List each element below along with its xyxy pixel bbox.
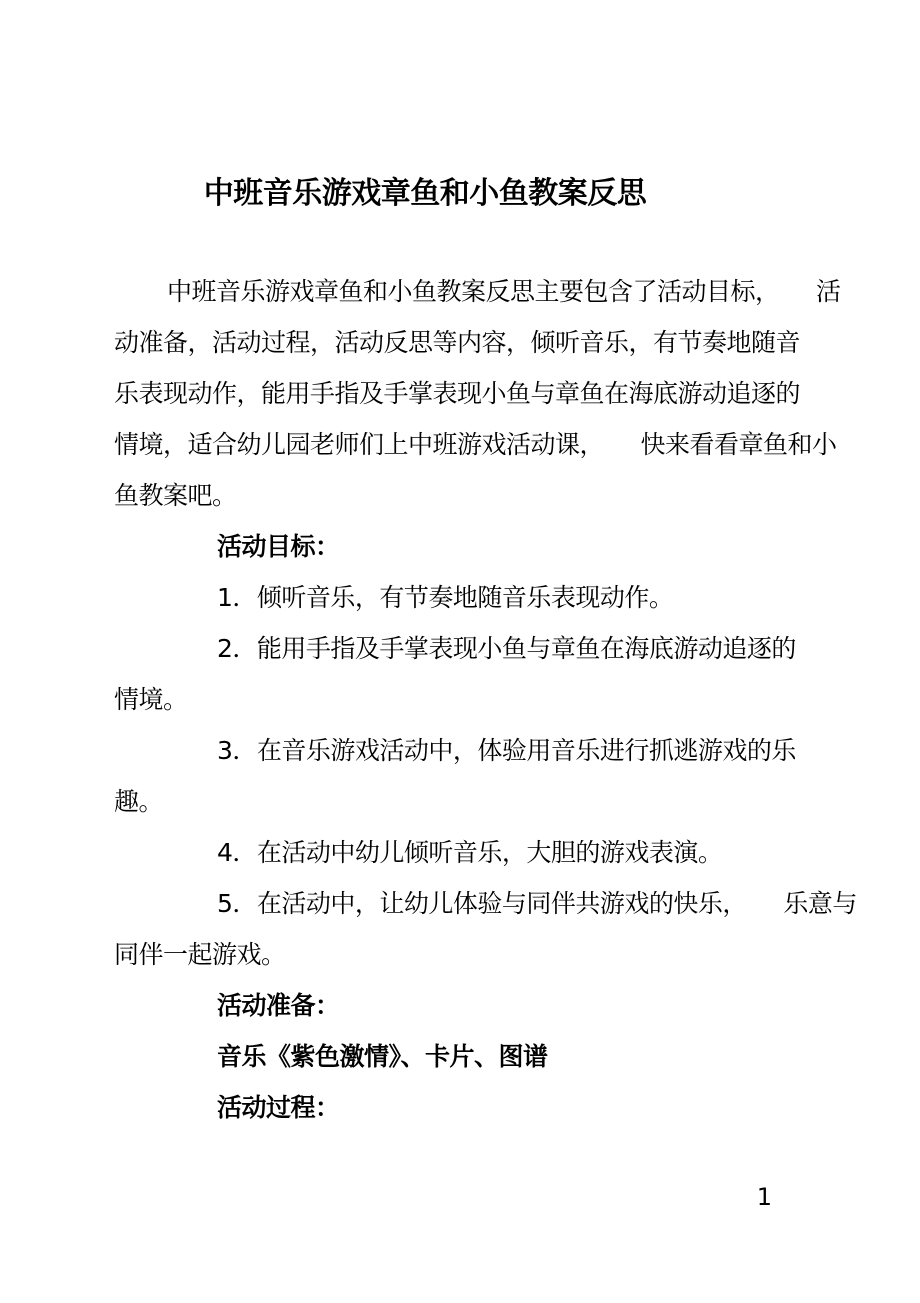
paragraph-line: 情境，适合幼儿园老师们上中班游戏活动课， 快来看看章鱼和小 (114, 419, 796, 470)
section-heading-goals: 活动目标： (114, 521, 796, 572)
list-item: 3．在音乐游戏活动中，体验用音乐进行抓逃游戏的乐 (114, 725, 796, 776)
page-number: 1 (700, 1180, 772, 1214)
list-item: 5．在活动中，让幼儿体验与同伴共游戏的快乐， 乐意与 (114, 878, 796, 929)
list-item-continuation: 同伴一起游戏。 (114, 929, 796, 980)
document-page: 中班音乐游戏章鱼和小鱼教案反思 中班音乐游戏章鱼和小鱼教案反思主要包含了活动目标… (0, 0, 920, 1303)
list-item-continuation: 趣。 (114, 776, 796, 827)
paragraph-line: 中班音乐游戏章鱼和小鱼教案反思主要包含了活动目标， 活 (114, 266, 796, 317)
section-heading-preparation: 活动准备： (114, 980, 796, 1031)
list-item-continuation: 情境。 (114, 674, 796, 725)
paragraph-line: 动准备，活动过程，活动反思等内容，倾听音乐，有节奏地随音 (114, 317, 796, 368)
list-item: 4．在活动中幼儿倾听音乐，大胆的游戏表演。 (114, 827, 796, 878)
list-item: 2．能用手指及手掌表现小鱼与章鱼在海底游动追逐的 (114, 623, 796, 674)
section-heading-process: 活动过程： (114, 1082, 796, 1133)
preparation-materials: 音乐《紫色激情》、卡片、图谱 (114, 1031, 796, 1082)
list-item: 1．倾听音乐，有节奏地随音乐表现动作。 (114, 572, 796, 623)
page-title: 中班音乐游戏章鱼和小鱼教案反思 (114, 168, 796, 212)
document-body: 中班音乐游戏章鱼和小鱼教案反思主要包含了活动目标， 活 动准备，活动过程，活动反… (114, 266, 796, 1133)
paragraph-line: 鱼教案吧。 (114, 470, 796, 521)
paragraph-line: 乐表现动作，能用手指及手掌表现小鱼与章鱼在海底游动追逐的 (114, 368, 796, 419)
